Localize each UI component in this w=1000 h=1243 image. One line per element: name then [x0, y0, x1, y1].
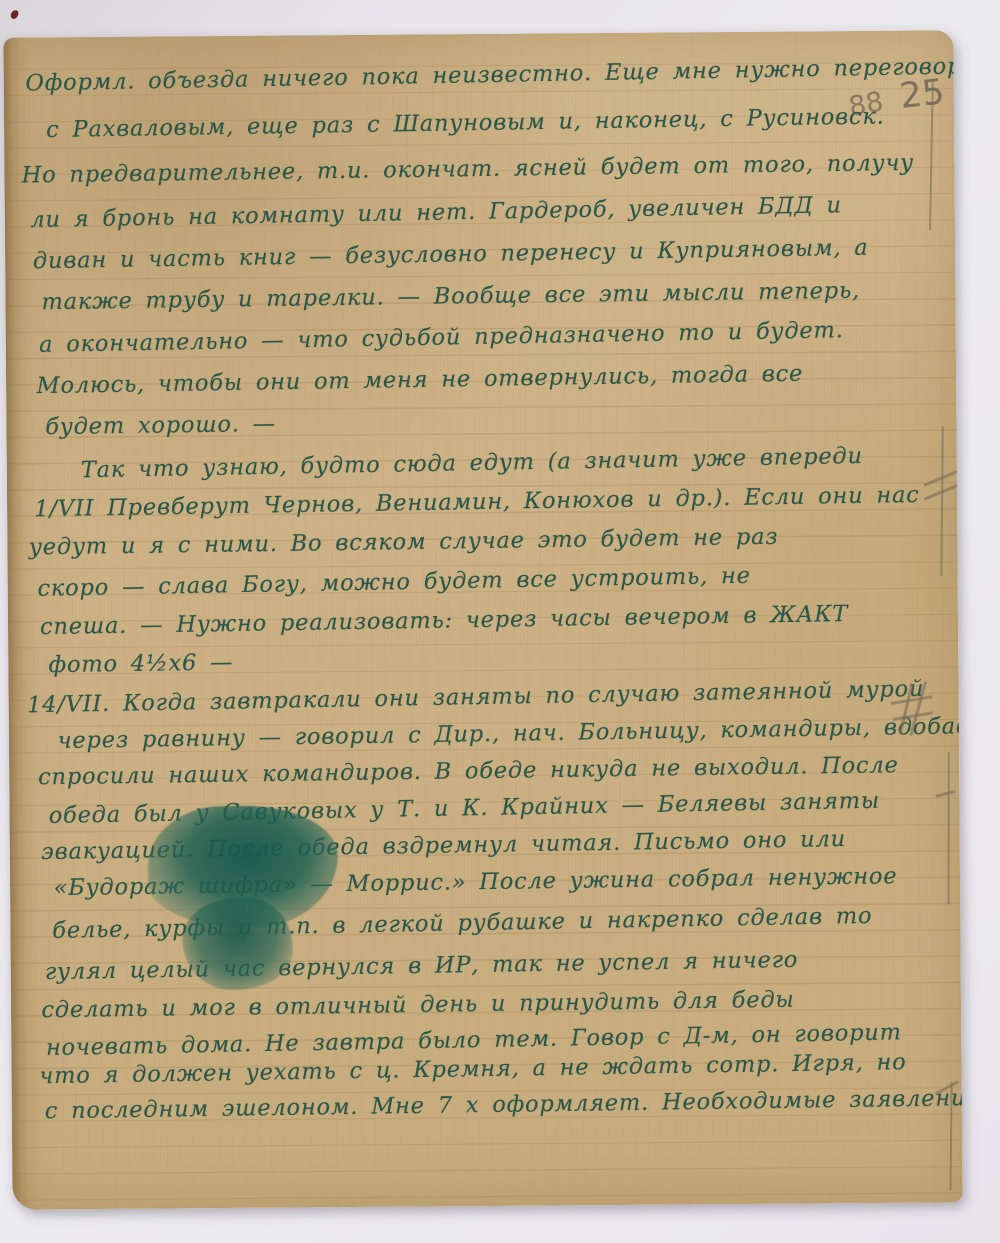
handwriting-line: а окончательно — что судьбой предназначе… [39, 317, 844, 358]
ink-blot-lobe [182, 898, 293, 991]
handwriting-line: уедут и я с ними. Во всяком случае это б… [29, 524, 779, 561]
handwriting-line: скоро — слава Богу, можно будет все устр… [37, 563, 751, 602]
handwriting-line: ли я бронь на комнату или нет. Гардероб,… [30, 192, 842, 233]
red-speck [10, 9, 20, 20]
handwriting-line: будет хорошо. — [45, 411, 276, 440]
handwriting-line: спросили наших командиров. В обеде никуд… [38, 752, 899, 790]
manuscript-page: 88 25 Оформл. объезда ничего пока неизве… [3, 30, 962, 1209]
handwriting-line: 14/VII. Когда завтракали они заняты по с… [27, 676, 925, 718]
handwriting-line: диван и часть книг — безусловно перенесу… [33, 235, 869, 275]
photo-backdrop: { "photo": { "backdrop_color": "#e9e7ec"… [0, 0, 1000, 1243]
handwriting-line: 1/VII Превберут Чернов, Вениамин, Конюхо… [34, 482, 920, 522]
handwriting-line: Оформл. объезда ничего пока неизвестно. … [25, 52, 962, 96]
handwriting-line: Молюсь, чтобы они от меня не отвернулись… [36, 361, 803, 399]
handwriting-line: гулял целый час вернулся в ИР, так не ус… [45, 947, 799, 985]
handwriting-line: через равнину — говорил с Дир., нач. Бол… [57, 713, 962, 754]
pencil-line-lower-right [948, 752, 950, 904]
handwriting-line: сделать и мог в отличный день и принудит… [41, 987, 795, 1024]
handwriting-line: Но предварительнее, т.и. окончат. ясней … [22, 150, 915, 189]
handwriting-line: также трубу и тарелки. — Вообще все эти … [41, 278, 860, 316]
handwriting-line: с последним эшелоном. Мне 7 х оформляет.… [45, 1085, 963, 1124]
manuscript-text: Оформл. объезда ничего пока неизвестно. … [3, 30, 962, 1209]
handwriting-line: Так что узнаю, будто сюда едут (а значит… [81, 443, 863, 483]
handwriting-line: фото 4½х6 — [48, 649, 233, 678]
handwriting-line: с Рахваловым, еще раз с Шапуновым и, нак… [46, 103, 885, 143]
handwriting-line: спеша. — Нужно реализовать: через часы в… [40, 601, 849, 640]
